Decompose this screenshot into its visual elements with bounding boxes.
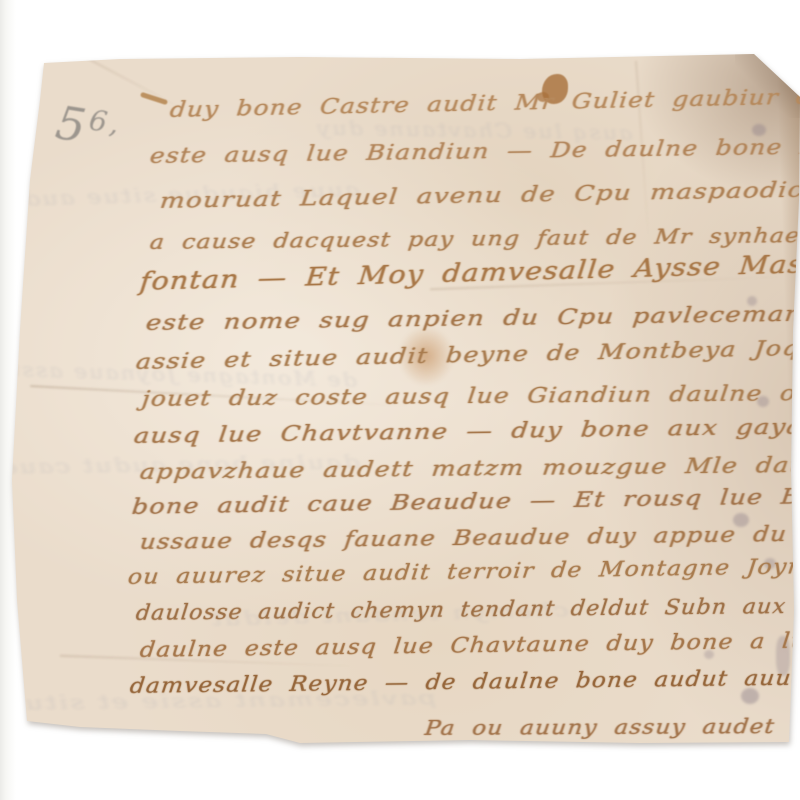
manuscript-line: Pa ou auuny assuy audet <box>424 714 777 740</box>
page-number-small-digit: 6, <box>87 103 124 141</box>
manuscript-line: fontan — Et Moy damvesalle Aysse Masfaun… <box>139 246 800 296</box>
paper-shadow: auue biaudue situe audit de Montagne Joy… <box>0 0 800 800</box>
manuscript-line: este nome sug anpien du Cpu pavlecemant <box>145 302 800 335</box>
manuscript-line: duy bone Castre audit Mr Guliet gaubiur … <box>169 82 800 122</box>
foxing-spot <box>752 124 766 136</box>
manuscript-line: daulosse audict chemyn tendant deldut Su… <box>135 593 800 625</box>
manuscript-paper: auue biaudue situe audit de Montagne Joy… <box>0 0 800 800</box>
manuscript-line: ou auurez situe audit terroir de Montagn… <box>127 554 800 589</box>
page-number-large-digit: 5 <box>52 95 92 153</box>
manuscript-line: assie et situe audit beyne de Montbeya J… <box>135 335 800 374</box>
manuscript-line: damvesalle Reyne — de daulne bone audut … <box>129 664 800 698</box>
manuscript-line: a cause dacquest pay ung faut de Mr synh… <box>149 223 800 254</box>
manuscript-line: daulne este ausq lue Chavtaune duy bone … <box>139 628 800 662</box>
page-number-pencil: 56, <box>52 95 125 159</box>
manuscript-line: bone audit caue Beaudue — Et rousq lue B… <box>131 482 800 519</box>
manuscript-line: ussaue desqs fauane Beaudue duy appue du… <box>139 521 800 554</box>
scan-background: auue biaudue situe audit de Montagne Joy… <box>0 0 800 800</box>
pen-trial-stroke <box>140 92 168 105</box>
manuscript-line: este ausq lue Biandiun — De daulne bone … <box>149 134 800 168</box>
manuscript-line: ausq lue Chavtvanne — duy bone aux gayae… <box>133 413 800 448</box>
manuscript-line: jouet duz coste ausq lue Giandiun daulne… <box>141 381 800 411</box>
